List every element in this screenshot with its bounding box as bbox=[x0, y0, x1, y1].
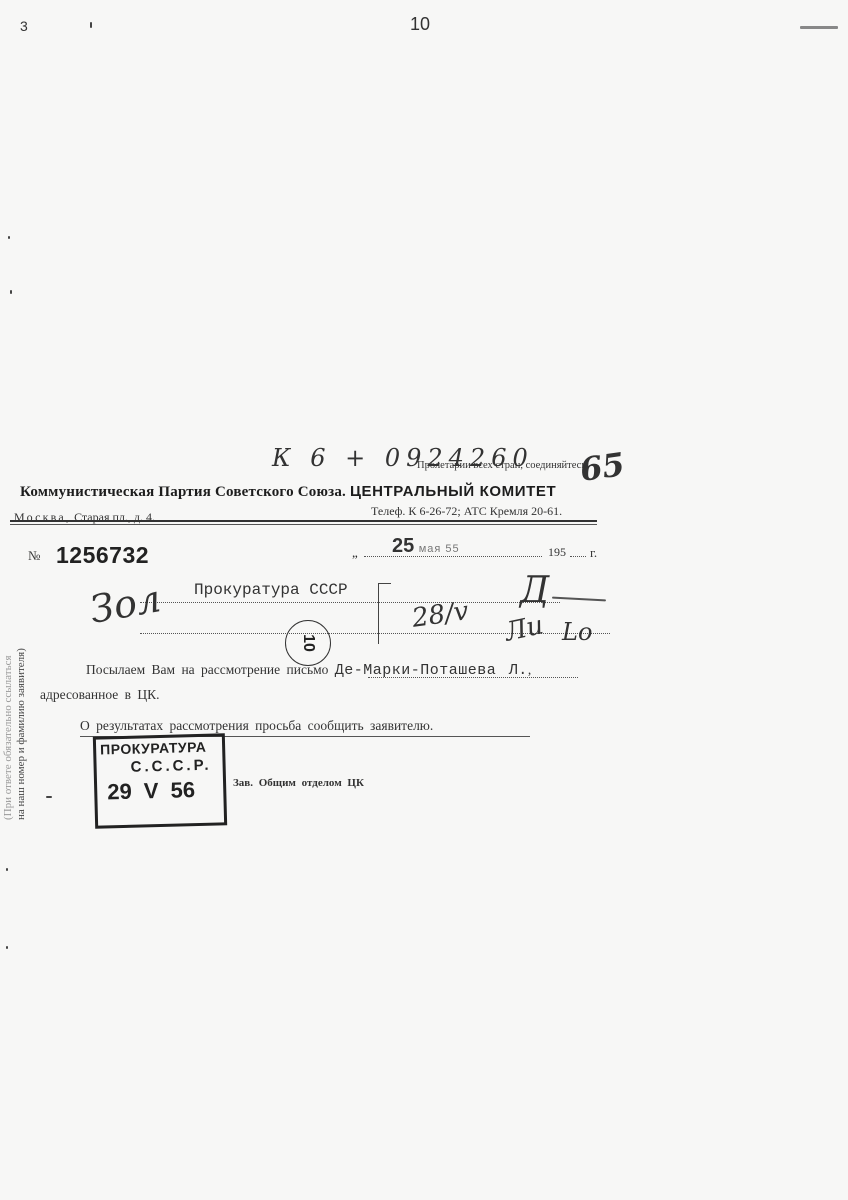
received-stamp: ПРОКУРАТУРА С.С.С.Р. 29 V 56 bbox=[93, 733, 227, 828]
scan-speck bbox=[800, 26, 838, 29]
scan-speck bbox=[8, 236, 10, 239]
body-line-2: адресованное в ЦК. bbox=[40, 687, 159, 703]
year-dotted-line bbox=[570, 556, 586, 557]
recipient-dotted-line bbox=[140, 602, 560, 603]
letterhead-rule-thin bbox=[10, 524, 597, 525]
handwritten-initials-3: Lo bbox=[562, 618, 592, 646]
author-dotted-line bbox=[368, 677, 578, 678]
side-note-line-2: на наш номер и фамилию заявителя) bbox=[15, 648, 28, 820]
signature-title: Зав. Общим отделом ЦК bbox=[233, 777, 364, 789]
letterhead-motto: Пролетарии всех стран, соединяйтесь! bbox=[417, 460, 590, 471]
stamp-country: С.С.С.Р. bbox=[130, 757, 211, 776]
circle-stamp-number: 10 bbox=[299, 634, 317, 652]
letterhead-party: Коммунистическая Партия Советского Союза… bbox=[20, 483, 556, 501]
scan-speck bbox=[6, 868, 8, 871]
handwritten-date-note: 28/v bbox=[410, 596, 470, 634]
body-line-1-start: Посылаем Вам на рассмотрение письмо bbox=[86, 662, 328, 677]
letterhead-address: Москва, Старая пл., д. 4. bbox=[14, 510, 155, 525]
date-stamp: 25 мая 55 bbox=[392, 535, 460, 558]
year-suffix: г. bbox=[590, 545, 597, 561]
handwritten-signature: Зол bbox=[87, 576, 164, 632]
letterhead-rule bbox=[10, 520, 597, 522]
scan-speck bbox=[46, 796, 52, 798]
bracket-mark bbox=[378, 583, 391, 644]
stamp-org: ПРОКУРАТУРА bbox=[100, 739, 207, 758]
letterhead-phone: Телеф. К 6-26-72; АТС Кремля 20-61. bbox=[371, 504, 562, 519]
document-number: 1256732 bbox=[56, 542, 149, 569]
date-month-year: мая 55 bbox=[419, 543, 460, 555]
side-note: (При ответе обязательно ссылаться на наш… bbox=[2, 648, 28, 820]
handwritten-stroke bbox=[552, 597, 606, 601]
scan-speck bbox=[6, 946, 8, 949]
number-label: № bbox=[28, 548, 40, 564]
body-line-3: О результатах рассмотрения просьба сообщ… bbox=[80, 718, 433, 734]
committee-name: ЦЕНТРАЛЬНЫЙ КОМИТЕТ bbox=[350, 483, 556, 500]
year-prefix: 195 bbox=[548, 545, 566, 560]
body-line-1-end: , bbox=[528, 662, 531, 677]
page-corner-mark: 3 bbox=[20, 18, 28, 34]
page-number-mark: 10 bbox=[410, 14, 430, 35]
handwritten-initials: Д bbox=[520, 570, 549, 611]
recipient: Прокуратура СССР bbox=[194, 581, 348, 599]
date-day: 25 bbox=[392, 535, 414, 557]
date-quote-mark: „ bbox=[352, 545, 358, 561]
handwritten-initials-2: Лu bbox=[502, 610, 546, 647]
scan-speck bbox=[10, 290, 12, 294]
party-name: Коммунистическая Партия Советского Союза… bbox=[20, 484, 346, 500]
scan-speck bbox=[90, 22, 92, 28]
stamp-date: 29 V 56 bbox=[107, 777, 195, 805]
side-note-line-1: (При ответе обязательно ссылаться bbox=[2, 648, 15, 820]
circle-number-stamp: 10 bbox=[285, 620, 331, 666]
